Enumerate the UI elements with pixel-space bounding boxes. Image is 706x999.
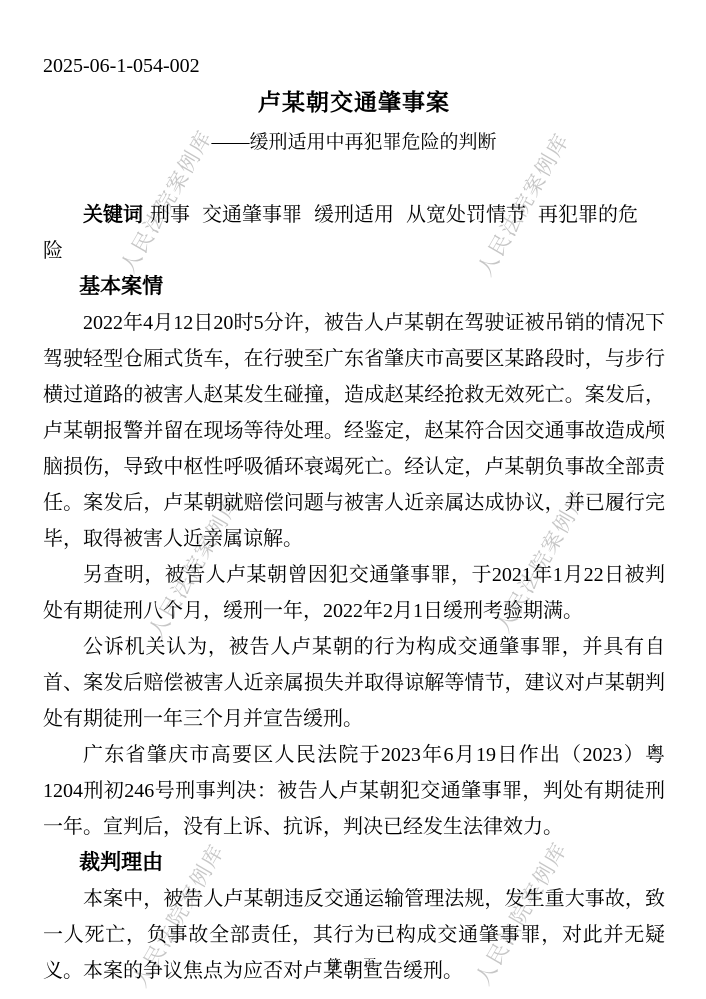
paragraph-facts-2: 另查明，被告人卢某朝曾因犯交通肇事罪，于2021年1月22日被判处有期徒刑八个月…: [43, 557, 665, 629]
doc-number: 2025-06-1-054-002: [43, 0, 665, 79]
keywords-label: 关键词: [83, 204, 143, 226]
section-heading-judgment-reasons: 裁判理由: [43, 845, 665, 881]
keyword-item: 缓刑适用: [314, 204, 394, 226]
section-heading-basic-facts: 基本案情: [43, 269, 665, 305]
keyword-item: 刑事: [150, 204, 190, 226]
keyword-item: 交通肇事罪: [202, 204, 302, 226]
case-title: 卢某朝交通肇事案: [43, 89, 665, 117]
keyword-item: 从宽处罚情节: [406, 204, 526, 226]
paragraph-facts-3: 公诉机关认为，被告人卢某朝的行为构成交通肇事罪，并具有自首、案发后赔偿被害人近亲…: [43, 629, 665, 737]
document-page: 人民法院案例库 人民法院案例库 人民法院案例库 人民法院案例库 人民法院案例库 …: [0, 0, 706, 999]
case-subtitle: ——缓刑适用中再犯罪危险的判断: [43, 131, 665, 155]
page-number: 第 1 页: [0, 954, 706, 973]
keywords-line: 关键词刑事交通肇事罪缓刑适用从宽处罚情节再犯罪的危险: [43, 197, 665, 269]
paragraph-facts-1: 2022年4月12日20时5分许，被告人卢某朝在驾驶证被吊销的情况下驾驶轻型仓厢…: [43, 305, 665, 557]
document-content: 2025-06-1-054-002 卢某朝交通肇事案 ——缓刑适用中再犯罪危险的…: [0, 0, 706, 989]
paragraph-facts-4: 广东省肇庆市高要区人民法院于2023年6月19日作出（2023）粤1204刑初2…: [43, 737, 665, 845]
